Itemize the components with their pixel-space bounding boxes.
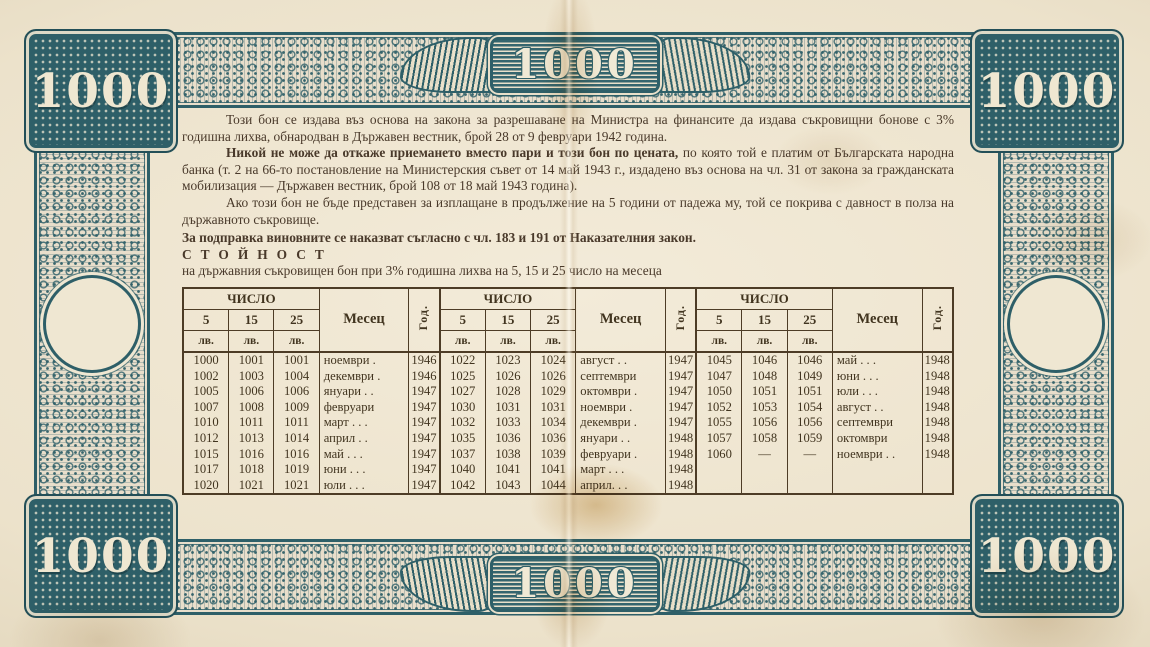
month-cell: февруари xyxy=(319,400,409,416)
col-header-number: ЧИСЛО xyxy=(183,288,319,310)
wing-ornament-icon xyxy=(400,556,500,612)
year-cell: 1947 xyxy=(409,431,440,447)
col-header-unit: лв. xyxy=(440,330,486,352)
month-cell: април . . xyxy=(319,431,409,447)
value-cell-25: 1016 xyxy=(274,447,319,463)
col-header-month: Месец xyxy=(576,288,666,352)
value-cell-25: 1026 xyxy=(531,369,576,385)
value-table-head: ЧИСЛОМесецГод.ЧИСЛОМесецГод.ЧИСЛОМесецГо… xyxy=(183,288,953,352)
col-header-number: ЧИСЛО xyxy=(440,288,576,310)
denomination-cartouche-bottom: 1000 xyxy=(400,541,750,627)
table-row: 101510161016май . . .1947103710381039фев… xyxy=(183,447,953,463)
value-cell-15 xyxy=(742,478,787,495)
month-cell xyxy=(832,478,922,495)
table-row: 101210131014април . .1947103510361036яну… xyxy=(183,431,953,447)
month-cell: октомври . xyxy=(576,384,666,400)
table-row: 100010011001ноември .1946102210231024авг… xyxy=(183,352,953,369)
border-band-left xyxy=(34,145,150,502)
col-header-unit: лв. xyxy=(183,330,229,352)
denomination-cartouche-top: 1000 xyxy=(400,22,750,108)
value-cell-5: 1032 xyxy=(440,415,486,431)
value-cell-5: 1060 xyxy=(696,447,742,463)
value-cell-25 xyxy=(787,462,832,478)
year-cell xyxy=(922,462,953,478)
value-cell-25: 1009 xyxy=(274,400,319,416)
paragraph-acceptance: Никой не може да откаже приемането вмест… xyxy=(182,145,954,195)
col-header-month: Месец xyxy=(319,288,409,352)
value-cell-15 xyxy=(742,462,787,478)
value-cell-15: 1021 xyxy=(229,478,274,495)
header-row-1: ЧИСЛОМесецГод.ЧИСЛОМесецГод.ЧИСЛОМесецГо… xyxy=(183,288,953,310)
value-cell-25: 1039 xyxy=(531,447,576,463)
month-cell: януари . . xyxy=(319,384,409,400)
value-cell-25: 1056 xyxy=(787,415,832,431)
value-cell-25: 1046 xyxy=(787,352,832,369)
year-cell: 1947 xyxy=(409,400,440,416)
value-cell-15: 1016 xyxy=(229,447,274,463)
col-header-year-label: Год. xyxy=(930,305,945,330)
value-cell-15: 1043 xyxy=(485,478,530,495)
wing-ornament-icon xyxy=(650,556,750,612)
year-cell: 1947 xyxy=(665,415,696,431)
col-header-year-label: Год. xyxy=(416,305,431,330)
col-header-day: 15 xyxy=(485,309,530,330)
wing-ornament-icon xyxy=(650,37,750,93)
value-cell-5: 1005 xyxy=(183,384,229,400)
month-cell: януари . . xyxy=(576,431,666,447)
month-cell: юни . . . xyxy=(832,369,922,385)
col-header-day: 5 xyxy=(696,309,742,330)
col-header-day: 15 xyxy=(742,309,787,330)
col-header-day: 5 xyxy=(183,309,229,330)
month-cell: август . . xyxy=(576,352,666,369)
col-header-unit: лв. xyxy=(696,330,742,352)
value-cell-15: 1051 xyxy=(742,384,787,400)
value-cell-25: 1029 xyxy=(531,384,576,400)
value-cell-15: 1031 xyxy=(485,400,530,416)
value-cell-15: 1038 xyxy=(485,447,530,463)
value-cell-5: 1015 xyxy=(183,447,229,463)
value-cell-5: 1045 xyxy=(696,352,742,369)
year-cell: 1948 xyxy=(665,462,696,478)
year-cell: 1947 xyxy=(409,462,440,478)
month-cell: април. . . xyxy=(576,478,666,495)
year-cell: 1948 xyxy=(922,400,953,416)
text-block: Този бон се издава въз основа на закона … xyxy=(182,112,954,495)
year-cell: 1947 xyxy=(665,352,696,369)
rosette-icon xyxy=(46,278,138,370)
value-cell-25: 1024 xyxy=(531,352,576,369)
col-header-day: 25 xyxy=(787,309,832,330)
value-cell-15: 1048 xyxy=(742,369,787,385)
denomination-value: 1000 xyxy=(32,64,171,119)
table-row: 102010211021юли . . .1947104210431044апр… xyxy=(183,478,953,495)
border-band-right xyxy=(998,145,1114,502)
denomination-value: 1000 xyxy=(490,37,659,93)
value-cell-15: 1013 xyxy=(229,431,274,447)
value-cell-5: 1030 xyxy=(440,400,486,416)
value-cell-5: 1037 xyxy=(440,447,486,463)
year-cell: 1947 xyxy=(409,415,440,431)
value-cell-15: 1028 xyxy=(485,384,530,400)
month-cell: декември . xyxy=(319,369,409,385)
value-cell-15: 1018 xyxy=(229,462,274,478)
value-cell-5: 1010 xyxy=(183,415,229,431)
value-cell-25: 1031 xyxy=(531,400,576,416)
col-header-day: 25 xyxy=(274,309,319,330)
value-cell-5: 1035 xyxy=(440,431,486,447)
denomination-corner-bottom-left: 1000 xyxy=(24,494,178,618)
value-cell-5: 1002 xyxy=(183,369,229,385)
col-header-unit: лв. xyxy=(531,330,576,352)
paragraph-expiry: Ако този бон не бъде представен за изпла… xyxy=(182,195,954,228)
value-cell-5: 1040 xyxy=(440,462,486,478)
value-cell-5: 1007 xyxy=(183,400,229,416)
value-cell-5 xyxy=(696,462,742,478)
year-cell: 1947 xyxy=(409,478,440,495)
month-cell: май . . . xyxy=(319,447,409,463)
value-cell-15: — xyxy=(742,447,787,463)
col-header-year: Год. xyxy=(665,288,696,352)
value-table: ЧИСЛОМесецГод.ЧИСЛОМесецГод.ЧИСЛОМесецГо… xyxy=(182,287,954,495)
denomination-value: 1000 xyxy=(32,529,171,584)
table-row: 101010111011март . . .1947103210331034де… xyxy=(183,415,953,431)
col-header-number: ЧИСЛО xyxy=(696,288,832,310)
year-cell: 1948 xyxy=(922,447,953,463)
value-cell-25: 1051 xyxy=(787,384,832,400)
year-cell: 1948 xyxy=(922,352,953,369)
wing-ornament-icon xyxy=(400,37,500,93)
month-cell xyxy=(832,462,922,478)
value-cell-25: 1001 xyxy=(274,352,319,369)
value-cell-15: 1033 xyxy=(485,415,530,431)
month-cell: декември . xyxy=(576,415,666,431)
month-cell: септември xyxy=(832,415,922,431)
value-cell-25: 1004 xyxy=(274,369,319,385)
month-cell: май . . . xyxy=(832,352,922,369)
month-cell: юли . . . xyxy=(319,478,409,495)
year-cell: 1948 xyxy=(922,369,953,385)
year-cell: 1947 xyxy=(409,384,440,400)
denomination-value: 1000 xyxy=(978,529,1117,584)
value-table-wrapper: ЧИСЛОМесецГод.ЧИСЛОМесецГод.ЧИСЛОМесецГо… xyxy=(182,287,954,495)
bond-note-reverse: 1000 1000 1000 1000 1000 1000 Този бон с… xyxy=(0,0,1150,647)
year-cell: 1948 xyxy=(665,431,696,447)
value-cell-25: 1006 xyxy=(274,384,319,400)
col-header-day: 25 xyxy=(531,309,576,330)
year-cell: 1947 xyxy=(665,369,696,385)
col-header-day: 5 xyxy=(440,309,486,330)
value-cell-15: 1046 xyxy=(742,352,787,369)
year-cell xyxy=(922,478,953,495)
value-cell-5: 1050 xyxy=(696,384,742,400)
value-cell-25: 1049 xyxy=(787,369,832,385)
denomination-corner-bottom-right: 1000 xyxy=(970,494,1124,618)
value-cell-15: 1053 xyxy=(742,400,787,416)
denomination-value: 1000 xyxy=(978,64,1117,119)
value-cell-25: 1034 xyxy=(531,415,576,431)
year-cell: 1947 xyxy=(665,384,696,400)
paragraph-issuance: Този бон се издава въз основа на закона … xyxy=(182,112,954,145)
month-cell: февруари . xyxy=(576,447,666,463)
value-cell-25: 1036 xyxy=(531,431,576,447)
month-cell: март . . . xyxy=(576,462,666,478)
year-cell: 1947 xyxy=(409,447,440,463)
paragraph-acceptance-lead: Никой не може да откаже приемането вмест… xyxy=(226,145,678,160)
col-header-unit: лв. xyxy=(229,330,274,352)
value-cell-25: 1054 xyxy=(787,400,832,416)
value-cell-5: 1025 xyxy=(440,369,486,385)
value-cell-25: 1019 xyxy=(274,462,319,478)
value-section-subheading: на държавния съкровищен бон при 3% годиш… xyxy=(182,263,954,280)
value-cell-5: 1012 xyxy=(183,431,229,447)
table-row: 100710081009февруари1947103010311031ноем… xyxy=(183,400,953,416)
month-cell: юли . . . xyxy=(832,384,922,400)
denomination-value: 1000 xyxy=(490,556,659,612)
value-cell-5 xyxy=(696,478,742,495)
table-row: 101710181019юни . . .1947104010411041мар… xyxy=(183,462,953,478)
col-header-day: 15 xyxy=(229,309,274,330)
value-cell-25: — xyxy=(787,447,832,463)
month-cell: ноември . xyxy=(319,352,409,369)
value-cell-15: 1058 xyxy=(742,431,787,447)
value-cell-15: 1003 xyxy=(229,369,274,385)
value-cell-5: 1057 xyxy=(696,431,742,447)
year-cell: 1946 xyxy=(409,369,440,385)
value-cell-5: 1017 xyxy=(183,462,229,478)
col-header-unit: лв. xyxy=(787,330,832,352)
value-cell-15: 1011 xyxy=(229,415,274,431)
value-cell-15: 1023 xyxy=(485,352,530,369)
value-cell-25: 1041 xyxy=(531,462,576,478)
month-cell: ноември . xyxy=(576,400,666,416)
col-header-month: Месец xyxy=(832,288,922,352)
value-cell-15: 1001 xyxy=(229,352,274,369)
month-cell: септември xyxy=(576,369,666,385)
year-cell: 1946 xyxy=(409,352,440,369)
value-cell-15: 1026 xyxy=(485,369,530,385)
value-cell-5: 1022 xyxy=(440,352,486,369)
year-cell: 1948 xyxy=(665,478,696,495)
table-row: 100510061006януари . .1947102710281029ок… xyxy=(183,384,953,400)
value-cell-15: 1006 xyxy=(229,384,274,400)
value-cell-15: 1041 xyxy=(485,462,530,478)
value-section-heading: СТОЙНОСТ xyxy=(182,247,954,264)
value-cell-5: 1055 xyxy=(696,415,742,431)
value-cell-25: 1011 xyxy=(274,415,319,431)
value-cell-25: 1044 xyxy=(531,478,576,495)
month-cell: юни . . . xyxy=(319,462,409,478)
col-header-year: Год. xyxy=(409,288,440,352)
value-cell-5: 1047 xyxy=(696,369,742,385)
col-header-year: Год. xyxy=(922,288,953,352)
table-row: 100210031004декември .1946102510261026се… xyxy=(183,369,953,385)
col-header-year-label: Год. xyxy=(673,305,688,330)
month-cell: ноември . . xyxy=(832,447,922,463)
year-cell: 1948 xyxy=(922,384,953,400)
value-cell-5: 1052 xyxy=(696,400,742,416)
value-cell-25 xyxy=(787,478,832,495)
value-cell-25: 1014 xyxy=(274,431,319,447)
rosette-icon xyxy=(1010,278,1102,370)
month-cell: август . . xyxy=(832,400,922,416)
value-cell-25: 1059 xyxy=(787,431,832,447)
denomination-corner-top-left: 1000 xyxy=(24,29,178,153)
value-cell-15: 1008 xyxy=(229,400,274,416)
paragraph-forgery-warning: За подправка виновните се наказват съгла… xyxy=(182,230,954,247)
value-cell-5: 1020 xyxy=(183,478,229,495)
year-cell: 1948 xyxy=(922,415,953,431)
year-cell: 1948 xyxy=(922,431,953,447)
value-cell-5: 1027 xyxy=(440,384,486,400)
value-cell-25: 1021 xyxy=(274,478,319,495)
month-cell: октомври xyxy=(832,431,922,447)
denomination-corner-top-right: 1000 xyxy=(970,29,1124,153)
value-cell-5: 1042 xyxy=(440,478,486,495)
col-header-unit: лв. xyxy=(742,330,787,352)
col-header-unit: лв. xyxy=(485,330,530,352)
value-cell-15: 1036 xyxy=(485,431,530,447)
year-cell: 1947 xyxy=(665,400,696,416)
col-header-unit: лв. xyxy=(274,330,319,352)
value-cell-15: 1056 xyxy=(742,415,787,431)
month-cell: март . . . xyxy=(319,415,409,431)
value-cell-5: 1000 xyxy=(183,352,229,369)
value-table-body: 100010011001ноември .1946102210231024авг… xyxy=(183,352,953,494)
year-cell: 1948 xyxy=(665,447,696,463)
